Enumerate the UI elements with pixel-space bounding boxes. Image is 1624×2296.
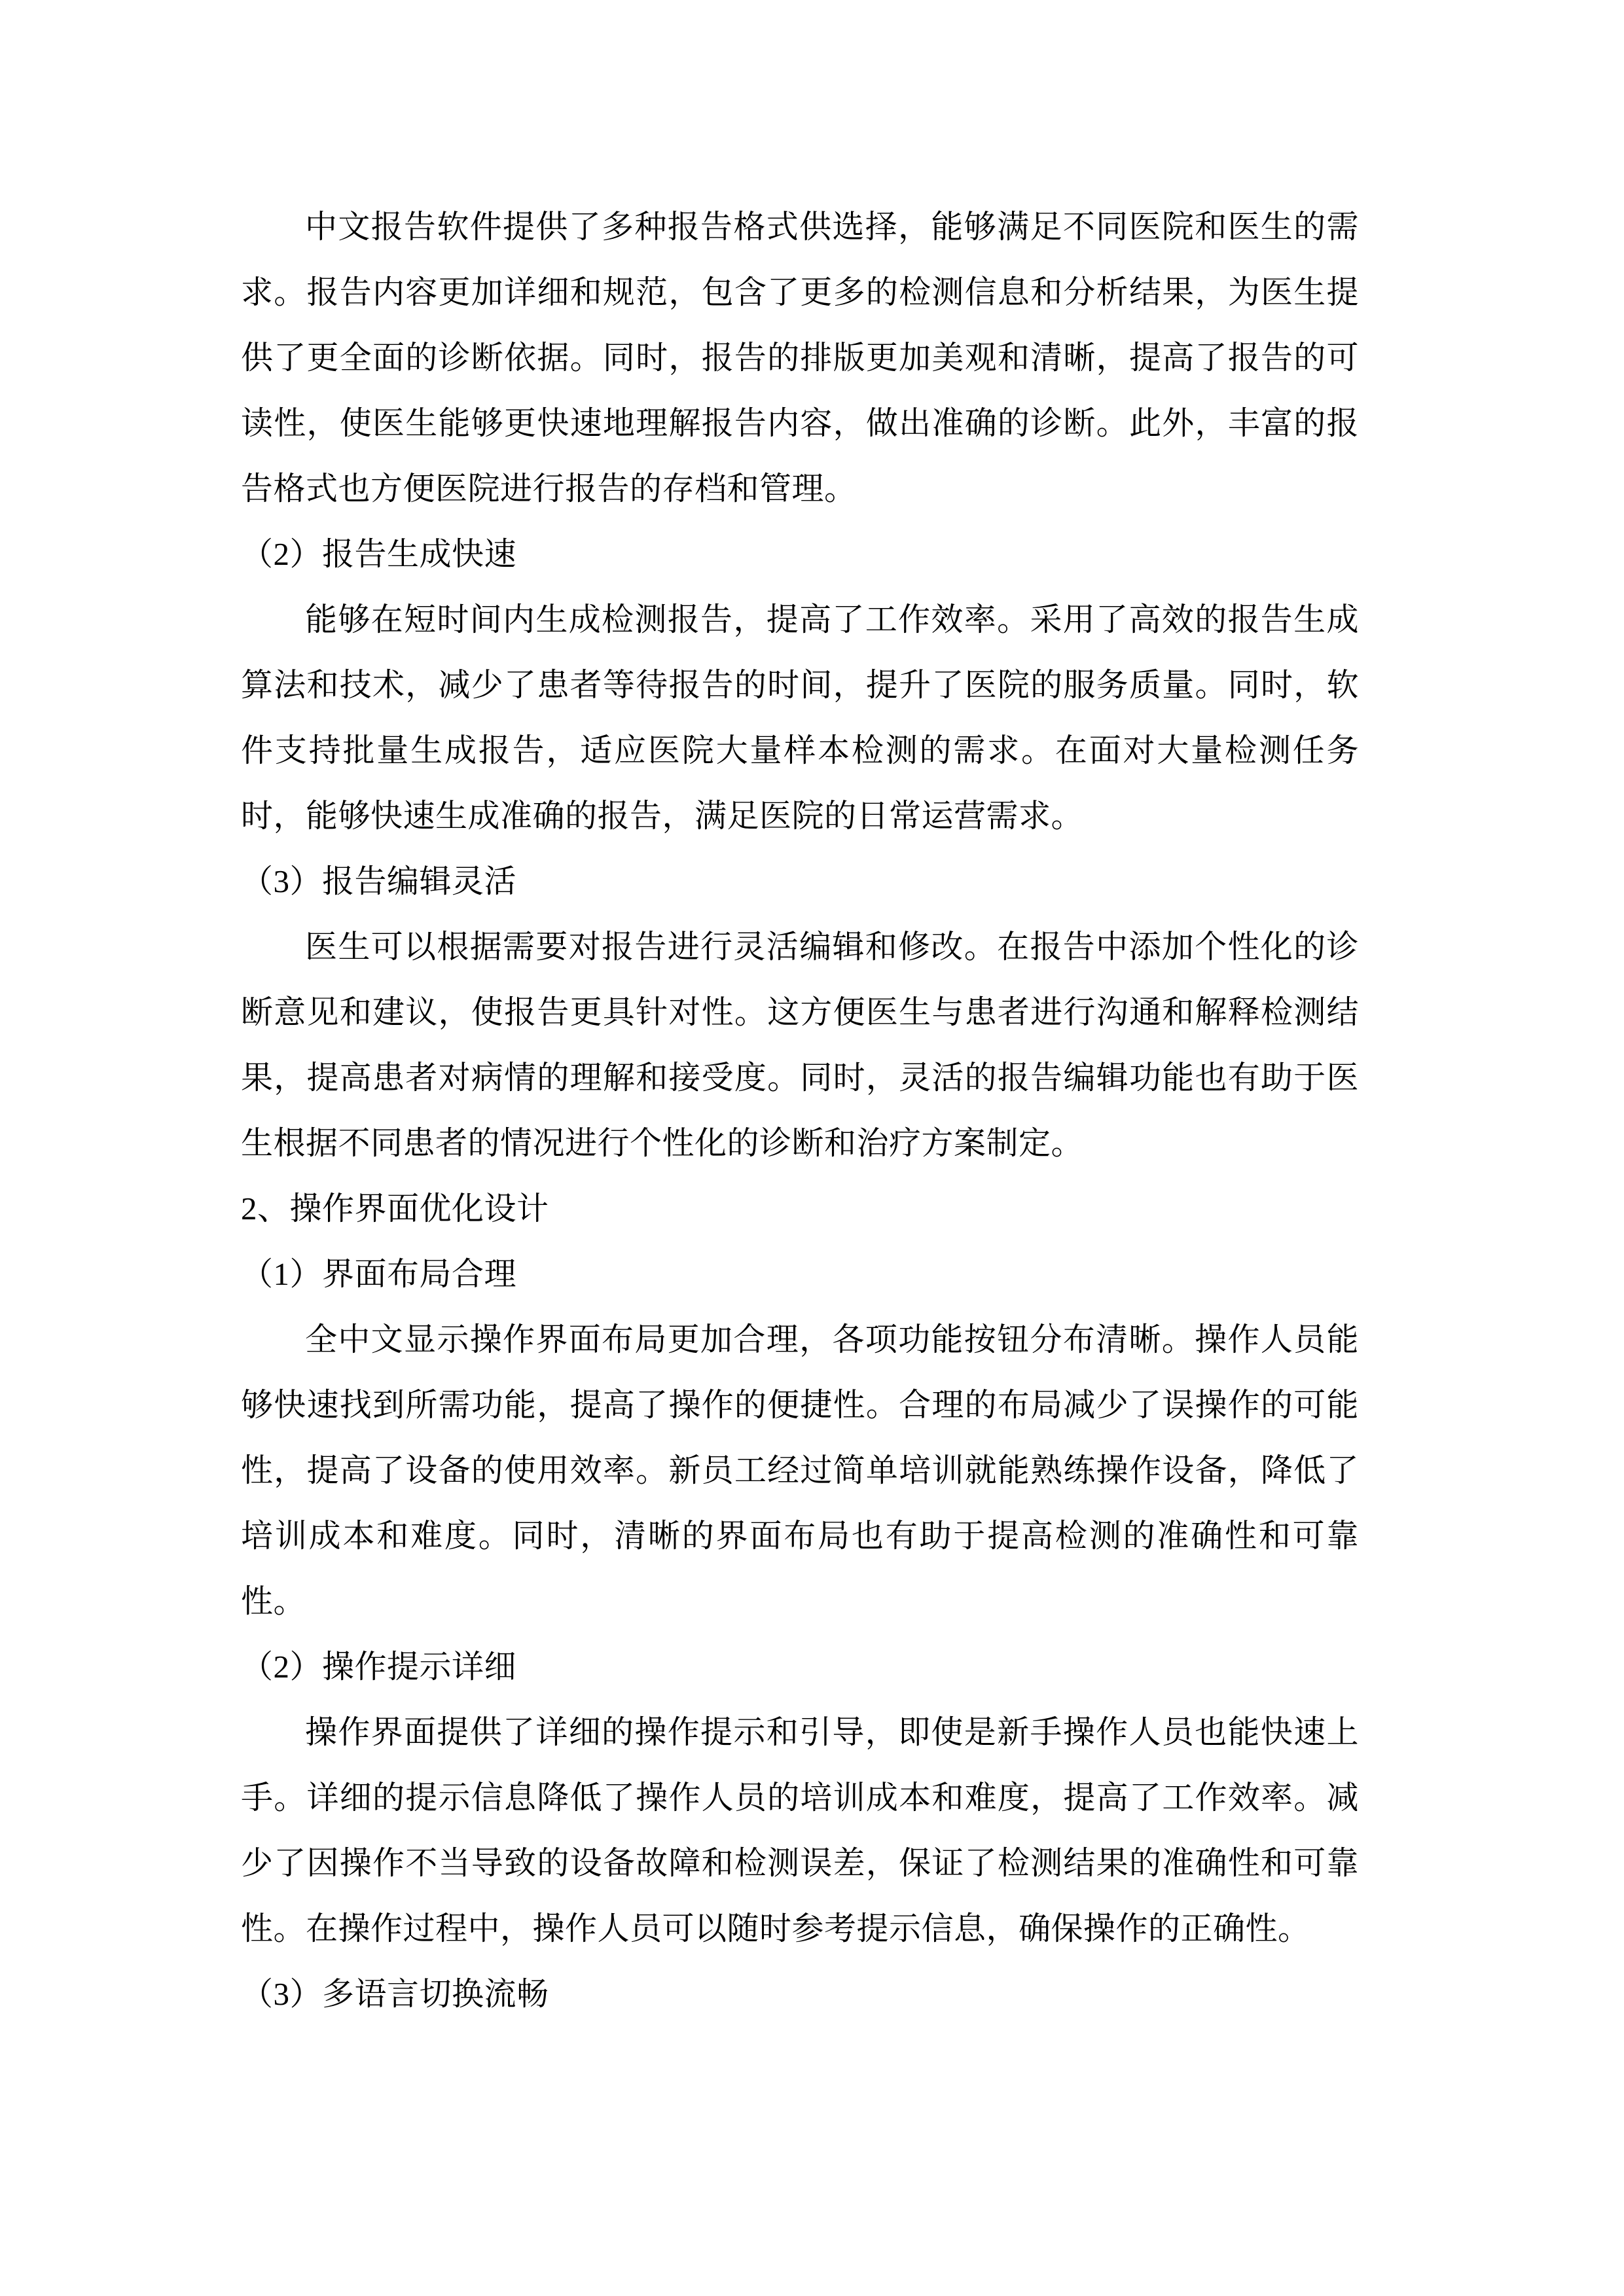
body-paragraph: 能够在短时间内生成检测报告，提高了工作效率。采用了高效的报告生成算法和技术，减少…: [241, 587, 1359, 849]
section-heading: （3）多语言切换流畅: [241, 1962, 1359, 2027]
body-paragraph: 医生可以根据需要对报告进行灵活编辑和修改。在报告中添加个性化的诊断意见和建议，使…: [241, 914, 1359, 1176]
section-heading: （1）界面布局合理: [241, 1242, 1359, 1307]
section-heading: （2）报告生成快速: [241, 522, 1359, 587]
body-paragraph: 操作界面提供了详细的操作提示和引导，即使是新手操作人员也能快速上手。详细的提示信…: [241, 1700, 1359, 1962]
body-paragraph: 全中文显示操作界面布局更加合理，各项功能按钮分布清晰。操作人员能够快速找到所需功…: [241, 1307, 1359, 1634]
text-column: 中文报告软件提供了多种报告格式供选择，能够满足不同医院和医生的需求。报告内容更加…: [241, 194, 1359, 2027]
section-heading: 2、操作界面优化设计: [241, 1176, 1359, 1242]
body-paragraph: 中文报告软件提供了多种报告格式供选择，能够满足不同医院和医生的需求。报告内容更加…: [241, 194, 1359, 522]
section-heading: （2）操作提示详细: [241, 1634, 1359, 1700]
document-page: 中文报告软件提供了多种报告格式供选择，能够满足不同医院和医生的需求。报告内容更加…: [0, 0, 1624, 2296]
section-heading: （3）报告编辑灵活: [241, 849, 1359, 914]
